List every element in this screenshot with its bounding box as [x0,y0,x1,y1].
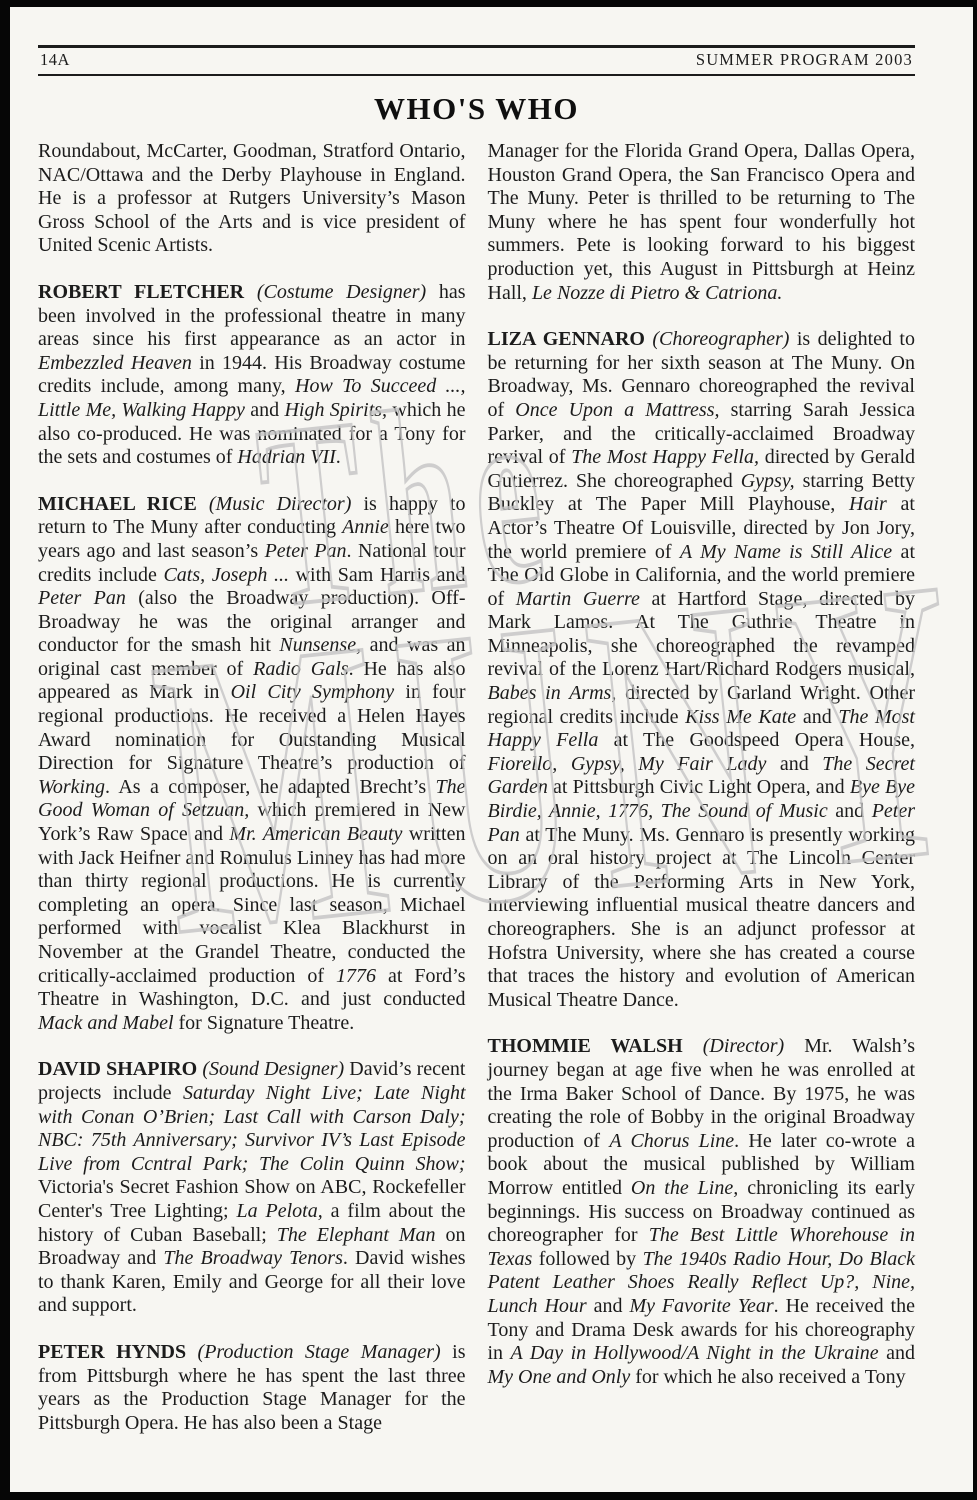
person-name: THOMMIE WALSH [488,1035,703,1057]
role-label: (Costume Designer) [257,281,426,303]
person-name: LIZA GENNARO [488,328,653,350]
bio-columns: Roundabout, McCarter, Goodman, Stratford… [38,140,915,1435]
text-run: for which he also received a Tony [630,1366,905,1388]
text-run: Radio Gals [253,658,348,680]
text-run: Hadrian VII [237,446,335,468]
text-run: Cats, Joseph ... [163,564,289,586]
person-name: DAVID SHAPIRO [38,1058,202,1080]
column-right: Manager for the Florida Grand Opera, Dal… [488,140,916,1435]
role-label: (Choreographer) [652,328,789,350]
text-run: written with Jack Heifner and Romulus Li… [38,823,466,987]
text-run: On the Line, [631,1177,738,1199]
text-run: at The Muny. Ms. Gennaro is presently wo… [488,824,916,1011]
bio-paragraph: DAVID SHAPIRO (Sound Designer) David’s r… [38,1058,466,1318]
text-run: Kiss Me Kate [685,706,796,728]
person-name: MICHAEL RICE [38,493,209,515]
role-label: (Production Stage Manager) [198,1341,441,1363]
bio-paragraph: Roundabout, McCarter, Goodman, Stratford… [38,140,466,258]
text-run: Peter Pan [265,540,347,562]
text-run: Mack and Mabel [38,1012,174,1034]
bio-paragraph: ROBERT FLETCHER (Costume Designer) has b… [38,281,466,470]
text-run: Manager for the Florida Grand Opera, Dal… [488,140,916,304]
text-run: A My Name is Still Alice [680,541,892,563]
text-run: followed by [532,1248,642,1270]
bio-paragraph: Manager for the Florida Grand Opera, Dal… [488,140,916,305]
text-run: and [796,706,838,728]
text-run: Annie [342,516,389,538]
program-page: 14A SUMMER PROGRAM 2003 WHO'S WHO Rounda… [10,7,973,1492]
text-run: Working [38,776,105,798]
role-label: (Sound Designer) [202,1058,344,1080]
text-run: The Broadway Tenors [163,1247,343,1269]
text-run: at The Goodspeed Opera House, [598,729,915,751]
text-run: and [879,1342,915,1364]
text-run: and [245,399,285,421]
bio-paragraph: MICHAEL RICE (Music Director) is happy t… [38,493,466,1036]
text-run: Nunsense, [279,634,361,656]
text-run: with Sam Harris and [289,564,466,586]
page-header: 14A SUMMER PROGRAM 2003 [38,45,915,76]
page-number: 14A [40,50,70,70]
text-run: Mr. American Beauty [229,823,402,845]
text-run: La Pelota, [236,1200,322,1222]
text-run: . As a composer, he adapted Brecht’s [105,776,435,798]
bio-paragraph: PETER HYNDS (Production Stage Manager) i… [38,1341,466,1435]
text-run: Le Nozze di Pietro & Catriona. [532,282,782,304]
bio-paragraph: THOMMIE WALSH (Director) Mr. Walsh’s jou… [488,1035,916,1389]
text-run: Embezzled Heaven [38,352,192,374]
page-content: 14A SUMMER PROGRAM 2003 WHO'S WHO Rounda… [38,45,915,1435]
text-run: at Pittsburgh Civic Light Opera, and [548,776,850,798]
column-left: Roundabout, McCarter, Goodman, Stratford… [38,140,466,1435]
text-run: Once Upon a Mattress, [515,399,719,421]
role-label: (Music Director) [209,493,351,515]
text-run: Peter Pan [38,587,126,609]
text-run: The Elephant Man [277,1224,436,1246]
person-name: PETER HYNDS [38,1341,198,1363]
text-run: . [336,446,341,468]
text-run: Oil City Symphony [231,681,395,703]
text-run: Babes in Arms, [488,682,617,704]
text-run: A Day in Hollywood/A Night in the Ukrain… [511,1342,879,1364]
text-run: Gypsy, [741,470,795,492]
role-label: (Director) [703,1035,784,1057]
text-run: Fiorello, Gypsy, My Fair Lady [488,753,767,775]
text-run: Hair [849,493,887,515]
text-run: The Most Happy Fella, [571,446,759,468]
person-name: ROBERT FLETCHER [38,281,257,303]
text-run: A Chorus Line [609,1130,734,1152]
text-run: My One and Only [488,1366,631,1388]
text-run: for Signature Theatre. [174,1012,355,1034]
text-run: 1776 [336,965,376,987]
bio-paragraph: LIZA GENNARO (Choreographer) is delighte… [488,328,916,1012]
text-run: Roundabout, McCarter, Goodman, Stratford… [38,140,466,256]
text-run: and [766,753,822,775]
text-run: My Favorite Year [629,1295,773,1317]
page-title: WHO'S WHO [38,91,915,127]
text-run: High Spirits, [284,399,387,421]
text-run: and [828,800,872,822]
text-run: Martin Guerre [516,588,640,610]
text-run: and [587,1295,630,1317]
program-title: SUMMER PROGRAM 2003 [696,50,913,70]
